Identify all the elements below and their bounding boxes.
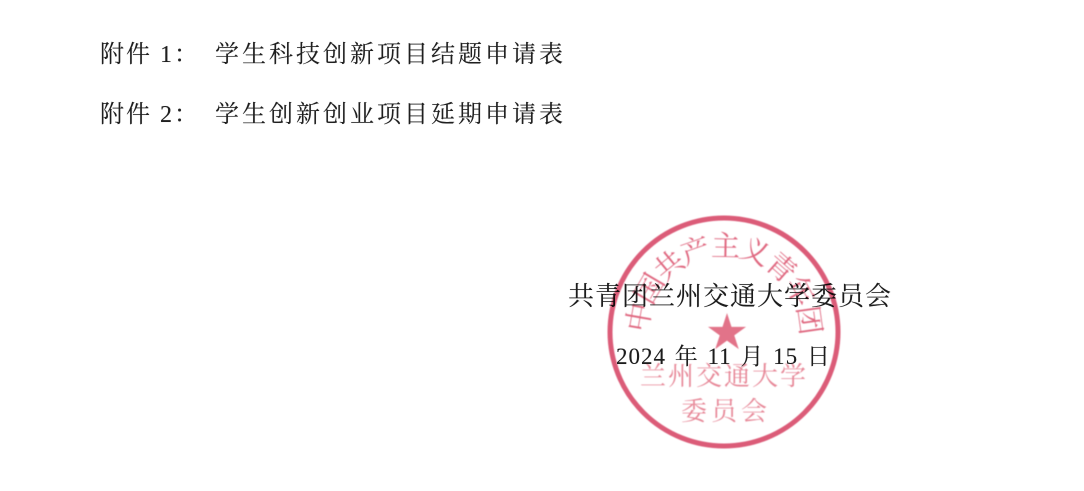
seal-arc-char: 产 [677,231,715,272]
seal-arc-char: 主 [711,230,741,264]
attachment-1-title: 学生科技创新项目结题申请表 [215,42,566,68]
attachment-2-title: 学生创新创业项目延期申请表 [215,102,566,128]
seal-graphic: 中国共产主义青年团 兰州交通大学 委员会 [594,202,854,462]
attachment-line-2: 附件 2：学生创新创业项目延期申请表 [100,103,566,127]
seal-arc-char: 义 [735,233,774,273]
signature-organization: 共青团兰州交通大学委员会 [568,284,892,310]
document-page: 附件 1：学生科技创新项目结题申请表 附件 2：学生创新创业项目延期申请表 共青… [0,0,1084,491]
attachment-1-label: 附件 1： [100,42,200,68]
official-seal: 中国共产主义青年团 兰州交通大学 委员会 [594,202,854,462]
seal-ring [610,218,838,446]
signature-date: 2024 年 11 月 15 日 [616,345,831,368]
seal-committee-text: 委员会 [681,397,771,426]
attachment-line-1: 附件 1：学生科技创新项目结题申请表 [100,43,566,67]
attachment-2-label: 附件 2： [100,102,200,128]
